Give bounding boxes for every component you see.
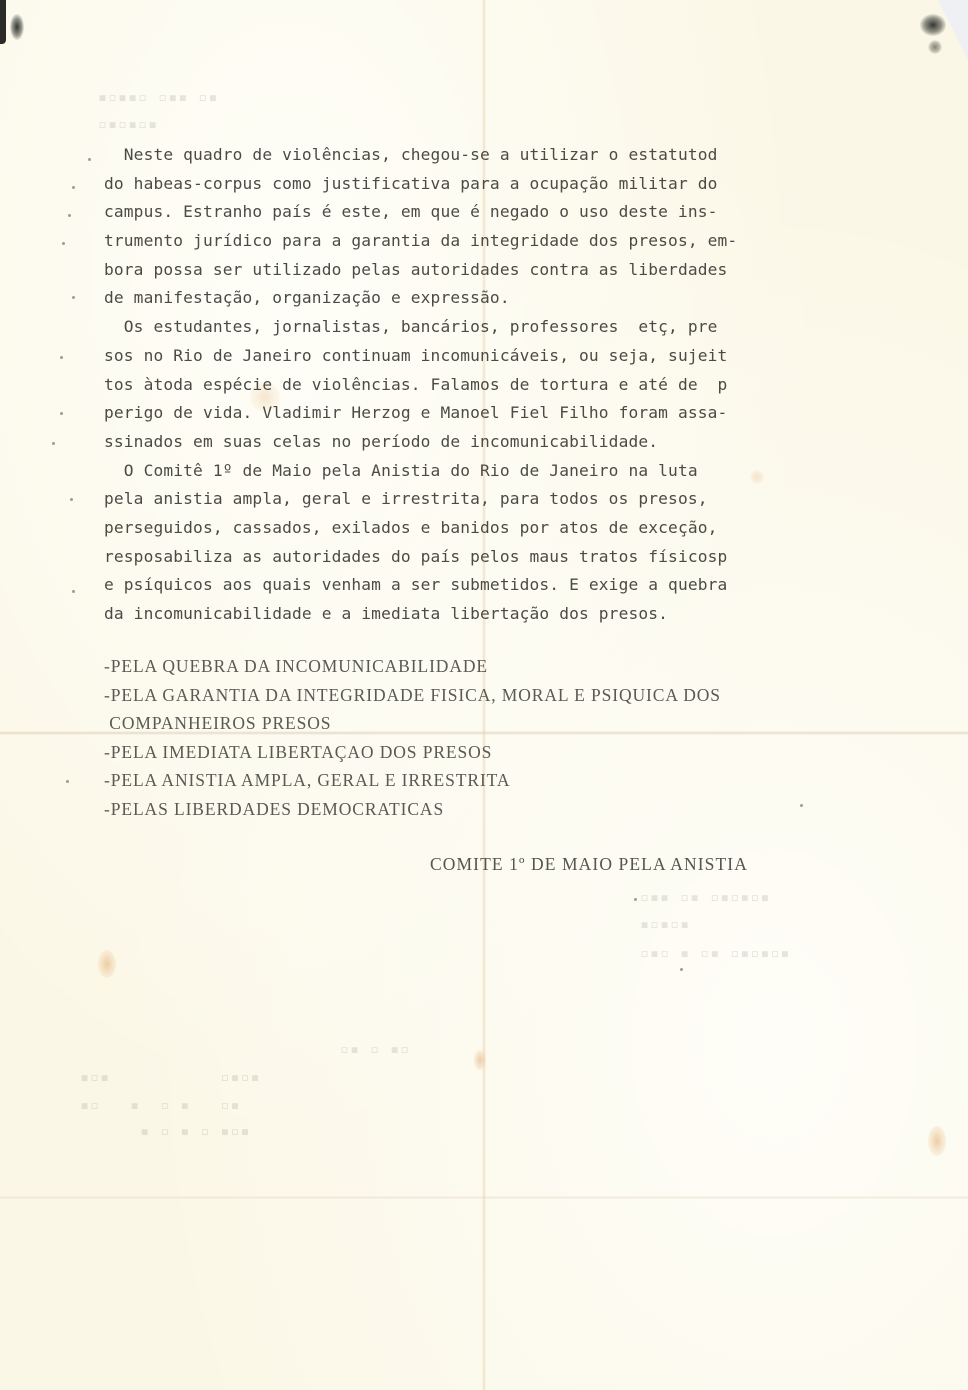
slogan-item: COMPANHEIROS PRESOS [104,709,824,738]
bleed-through-text: ▪▫▪▪▫ ▫▪▪ ▫▪ [98,88,218,106]
text-line: O Comitê 1º de Maio pela Anistia do Rio … [104,457,844,486]
text-line: trumento jurídico para a garantia da int… [104,227,844,256]
edge-shadow [0,0,6,44]
stain [474,1050,486,1070]
ink-smudge [10,14,24,40]
slogan-item: -PELAS LIBERDADES DEMOCRATICAS [104,795,824,824]
speck [62,242,65,245]
bleed-through-text: ▪▫ ▪ ▫ ▪ ▫▪ [80,1096,241,1114]
text-line: e psíquicos aos quais venham a ser subme… [104,571,844,600]
slogan-item: -PELA QUEBRA DA INCOMUNICABILIDADE [104,652,824,681]
ink-smudge [928,40,942,54]
text-line: pela anistia ampla, geral e irrestrita, … [104,485,844,514]
stain [98,950,116,978]
text-line: Neste quadro de violências, chegou-se a … [104,141,844,170]
text-line: de manifestação, organização e expressão… [104,284,844,313]
text-line: campus. Estranho país é este, em que é n… [104,198,844,227]
speck [72,296,75,299]
bleed-through-text: ▪ ▫ ▪ ▫ ▪▫▪ [80,1122,251,1140]
speck [66,780,69,783]
bleed-through-text: ▫▪▫ ▪ ▫▪ ▫▪▫▪▫▪ [640,944,790,962]
fold-line-horizontal [0,1196,968,1199]
text-line: tos àtoda espécie de violências. Falamos… [104,371,844,400]
text-line: perigo de vida. Vladimir Herzog e Manoel… [104,399,844,428]
speck [70,498,73,501]
speck [68,214,71,217]
manifesto-body: Neste quadro de violências, chegou-se a … [104,141,844,629]
text-line: perseguidos, cassados, exilados e banido… [104,514,844,543]
stain [928,1126,946,1156]
bleed-through-text: ▫▪▪ ▫▪ ▫▪▫▪▫▪ [640,888,770,906]
slogan-item: -PELA GARANTIA DA INTEGRIDADE FISICA, MO… [104,681,824,710]
scanned-document-page: ▪▫▪▪▫ ▫▪▪ ▫▪ ▫▪▫▪▫▪ ▫▪▪ ▫▪ ▫▪▫▪▫▪ ▪▫▪▫▪ … [0,0,968,1390]
bleed-through-text: ▫▪▫▪▫▪ [98,115,158,133]
text-line: da incomunicabilidade e a imediata liber… [104,600,844,629]
speck [680,968,683,971]
bleed-through-text: ▪▫▪ ▫▪▫▪ [80,1068,261,1086]
speck [52,442,55,445]
ink-smudge [920,14,946,36]
text-line: ssinados em suas celas no período de inc… [104,428,844,457]
bleed-through-text: ▫▪ ▫ ▪▫ [340,1040,410,1058]
slogan-item: -PELA IMEDIATA LIBERTAÇAO DOS PRESOS [104,738,824,767]
text-line: sos no Rio de Janeiro continuam incomuni… [104,342,844,371]
speck [88,158,91,161]
bleed-through-text: ▪▫▪▫▪ [640,915,690,933]
slogan-list: -PELA QUEBRA DA INCOMUNICABILIDADE -PELA… [104,652,824,824]
slogan-item: -PELA ANISTIA AMPLA, GERAL E IRRESTRITA [104,766,824,795]
speck [72,590,75,593]
text-line: do habeas-corpus como justificativa para… [104,170,844,199]
speck [72,186,75,189]
signature: COMITE 1º DE MAIO PELA ANISTIA [430,854,748,875]
speck [60,356,63,359]
text-line: bora possa ser utilizado pelas autoridad… [104,256,844,285]
speck [634,898,637,901]
text-line: Os estudantes, jornalistas, bancários, p… [104,313,844,342]
text-line: resposabiliza as autoridades do país pel… [104,543,844,572]
speck [60,412,63,415]
